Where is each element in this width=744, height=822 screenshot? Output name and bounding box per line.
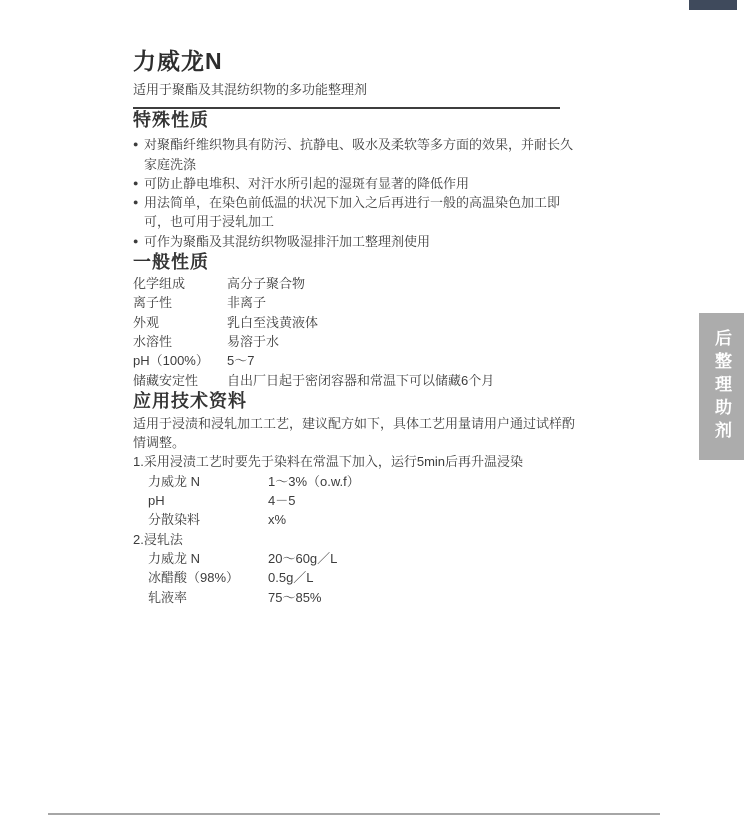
- recipe-value: 20～60g／L: [268, 549, 582, 568]
- property-value: 非离子: [227, 293, 582, 312]
- recipe-label: 力威龙 N: [148, 549, 268, 568]
- table-row: 化学组成 高分子聚合物: [133, 274, 582, 293]
- page-edge-index-mark: [689, 0, 737, 10]
- content-column: 力威龙N 适用于聚酯及其混纺织物的多功能整理剂 特殊性质 ●对聚酯纤维织物具有防…: [133, 48, 582, 607]
- footer-rule: [48, 813, 660, 815]
- table-row: 离子性 非离子: [133, 293, 582, 312]
- side-tab: 后整理助剂: [699, 313, 744, 460]
- property-label: pH（100%）: [133, 351, 227, 370]
- recipe-label: 轧液率: [148, 588, 268, 607]
- bullet-icon: ●: [133, 135, 138, 154]
- bullet-item: ●对聚酯纤维织物具有防污、抗静电、吸水及柔软等多方面的效果，并耐长久家庭洗涤: [133, 135, 582, 174]
- property-label: 离子性: [133, 293, 227, 312]
- page-subtitle: 适用于聚酯及其混纺织物的多功能整理剂: [133, 80, 582, 99]
- recipe-label: 冰醋酸（98%）: [148, 568, 268, 587]
- table-row: 力威龙 N 20～60g／L: [133, 549, 582, 568]
- recipe-value: 4－5: [268, 491, 582, 510]
- table-row: pH（100%） 5～7: [133, 351, 582, 370]
- table-row: pH 4－5: [133, 491, 582, 510]
- bullet-text: 可作为聚酯及其混纺织物吸湿排汗加工整理剂使用: [144, 234, 430, 249]
- table-row: 水溶性 易溶于水: [133, 332, 582, 351]
- recipe-label: pH: [148, 491, 268, 510]
- property-label: 水溶性: [133, 332, 227, 351]
- recipe-value: 1～3%（o.w.f）: [268, 472, 582, 491]
- table-row: 冰醋酸（98%） 0.5g／L: [133, 568, 582, 587]
- recipe-value: x%: [268, 510, 582, 529]
- bullet-item: ●用法简单，在染色前低温的状况下加入之后再进行一般的高温染色加工即可，也可用于浸…: [133, 193, 582, 232]
- section-heading-general: 一般性质: [133, 251, 582, 273]
- section-heading-special: 特殊性质: [133, 109, 582, 131]
- bullet-icon: ●: [133, 174, 138, 193]
- bullet-list: ●对聚酯纤维织物具有防污、抗静电、吸水及柔软等多方面的效果，并耐长久家庭洗涤 ●…: [133, 135, 582, 251]
- procedure-table: 力威龙 N 20～60g／L 冰醋酸（98%） 0.5g／L 轧液率 75～85…: [133, 549, 582, 607]
- property-label: 储藏安定性: [133, 371, 227, 390]
- property-value: 高分子聚合物: [227, 274, 582, 293]
- table-row: 外观 乳白至浅黄液体: [133, 313, 582, 332]
- recipe-label: 力威龙 N: [148, 472, 268, 491]
- bullet-text: 对聚酯纤维织物具有防污、抗静电、吸水及柔软等多方面的效果，并耐长久家庭洗涤: [144, 137, 573, 171]
- recipe-value: 75～85%: [268, 588, 582, 607]
- properties-table: 化学组成 高分子聚合物 离子性 非离子 外观 乳白至浅黄液体 水溶性 易溶于水 …: [133, 274, 582, 390]
- bullet-text: 可防止静电堆积、对汗水所引起的湿斑有显著的降低作用: [144, 176, 469, 191]
- property-value: 5～7: [227, 351, 582, 370]
- property-label: 外观: [133, 313, 227, 332]
- application-intro: 适用于浸渍和浸轧加工工艺，建议配方如下，具体工艺用量请用户通过试样酌情调整。: [133, 414, 582, 453]
- bullet-item: ●可防止静电堆积、对汗水所引起的湿斑有显著的降低作用: [133, 174, 582, 193]
- bullet-item: ●可作为聚酯及其混纺织物吸湿排汗加工整理剂使用: [133, 232, 582, 251]
- section-heading-application: 应用技术资料: [133, 390, 582, 412]
- table-row: 轧液率 75～85%: [133, 588, 582, 607]
- table-row: 力威龙 N 1～3%（o.w.f）: [133, 472, 582, 491]
- property-value: 乳白至浅黄液体: [227, 313, 582, 332]
- recipe-value: 0.5g／L: [268, 568, 582, 587]
- property-value: 自出厂日起于密闭容器和常温下可以储藏6个月: [227, 371, 582, 390]
- bullet-icon: ●: [133, 232, 138, 251]
- bullet-icon: ●: [133, 193, 138, 212]
- property-value: 易溶于水: [227, 332, 582, 351]
- bullet-text: 用法简单，在染色前低温的状况下加入之后再进行一般的高温染色加工即可，也可用于浸轧…: [144, 195, 560, 229]
- recipe-label: 分散染料: [148, 510, 268, 529]
- page-title: 力威龙N: [133, 48, 582, 74]
- property-label: 化学组成: [133, 274, 227, 293]
- table-row: 分散染料 x%: [133, 510, 582, 529]
- procedure-title: 1.采用浸渍工艺时要先于染料在常温下加入，运行5min后再升温浸染: [133, 452, 582, 471]
- procedure-title: 2.浸轧法: [133, 530, 582, 549]
- procedure-table: 力威龙 N 1～3%（o.w.f） pH 4－5 分散染料 x%: [133, 472, 582, 530]
- table-row: 储藏安定性 自出厂日起于密闭容器和常温下可以储藏6个月: [133, 371, 582, 390]
- side-tab-label: 后整理助剂: [699, 329, 744, 444]
- document-page: 后整理助剂 力威龙N 适用于聚酯及其混纺织物的多功能整理剂 特殊性质 ●对聚酯纤…: [0, 0, 744, 822]
